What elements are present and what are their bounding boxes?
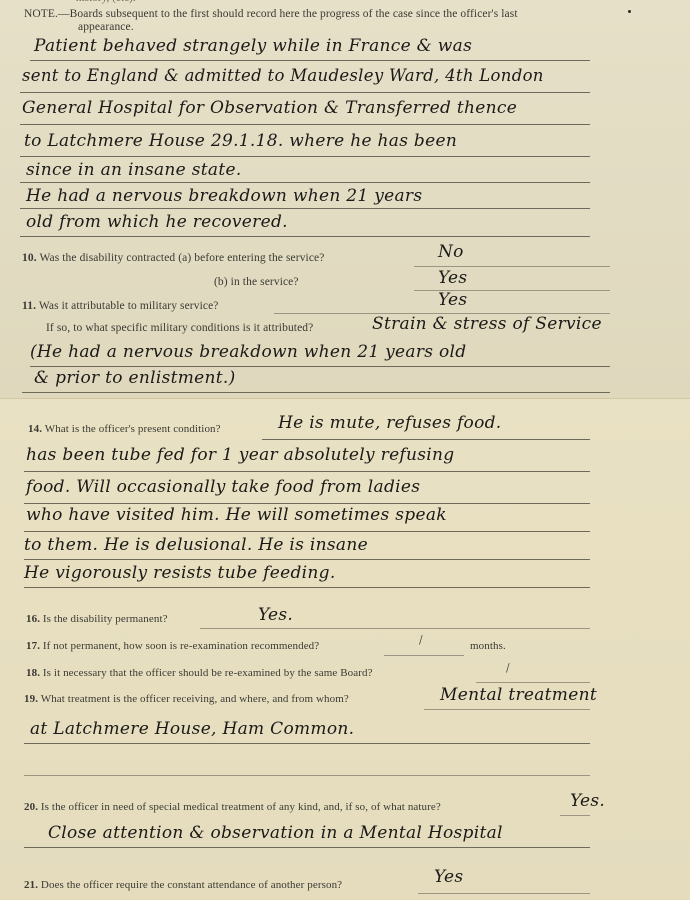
answer-rule xyxy=(20,124,590,125)
answer-10a: No xyxy=(438,242,464,262)
answer-11-continuation: & prior to enlistment.) xyxy=(34,368,236,388)
narrative-line: Patient behaved strangely while in Franc… xyxy=(34,36,472,56)
note-text-line1: —Boards subsequent to the first should r… xyxy=(58,8,518,20)
narrative-line: sent to England & admitted to Maudesley … xyxy=(22,66,544,85)
answer-14-line: He vigorously resists tube feeding. xyxy=(24,563,336,583)
answer-10b: Yes xyxy=(438,268,467,288)
question-text: Was it attributable to military service? xyxy=(39,300,219,312)
answer-rule xyxy=(20,92,590,93)
answer-rule xyxy=(414,266,610,267)
answer-rule xyxy=(424,709,590,710)
answer-rule xyxy=(384,655,464,656)
question-number: 21. xyxy=(24,879,38,891)
form-section-bottom: 14. What is the officer's present condit… xyxy=(0,398,690,900)
question-21: 21. Does the officer require the constan… xyxy=(24,879,342,891)
partial-heading: history, (etc). xyxy=(76,0,136,4)
form-section-top: history, (etc). NOTE.—Boards subsequent … xyxy=(0,0,690,398)
answer-rule xyxy=(30,366,610,367)
question-number: 17. xyxy=(26,640,40,652)
question-19: 19. What treatment is the officer receiv… xyxy=(24,693,349,705)
answer-rule xyxy=(200,628,590,629)
question-text: Is it necessary that the officer should … xyxy=(43,667,373,679)
question-number: 10. xyxy=(22,252,37,264)
answer-14-line: He is mute, refuses food. xyxy=(278,413,502,433)
narrative-line: General Hospital for Observation & Trans… xyxy=(22,98,517,118)
answer-rule xyxy=(20,236,590,237)
answer-19-line: Mental treatment xyxy=(440,685,597,705)
answer-rule xyxy=(24,847,590,848)
question-text: Is the officer in need of special medica… xyxy=(41,801,441,813)
answer-rule xyxy=(20,182,590,183)
answer-rule xyxy=(24,471,590,472)
question-10: 10. Was the disability contracted (a) be… xyxy=(22,252,324,264)
answer-11: Yes xyxy=(438,290,467,310)
answer-19-line: at Latchmere House, Ham Common. xyxy=(30,719,354,739)
question-11: 11. Was it attributable to military serv… xyxy=(22,300,219,312)
answer-14-line: who have visited him. He will sometimes … xyxy=(26,505,447,525)
answer-rule xyxy=(20,156,590,157)
answer-16: Yes. xyxy=(258,605,293,625)
question-number: 14. xyxy=(28,423,42,435)
question-number: 19. xyxy=(24,693,38,705)
narrative-line: to Latchmere House 29.1.18. where he has… xyxy=(24,131,457,151)
answer-20: Yes. xyxy=(570,791,605,811)
answer-rule xyxy=(24,503,590,504)
question-17: 17. If not permanent, how soon is re-exa… xyxy=(26,640,319,652)
answer-rule xyxy=(476,682,590,683)
answer-rule xyxy=(24,559,590,560)
ink-speck xyxy=(628,10,631,13)
question-number: 16. xyxy=(26,613,40,625)
question-text: Was the disability contracted (a) before… xyxy=(39,252,324,264)
answer-20-line2: Close attention & observation in a Menta… xyxy=(48,823,503,843)
narrative-line: old from which he recovered. xyxy=(26,212,288,232)
answer-11-followup: Strain & stress of Service xyxy=(372,314,602,334)
note-label-text: NOTE. xyxy=(24,8,58,20)
answer-18-dash: \ xyxy=(501,661,513,676)
question-number: 11. xyxy=(22,300,36,312)
months-suffix: months. xyxy=(470,640,506,652)
question-text: What is the officer's present condition? xyxy=(45,423,221,435)
question-14: 14. What is the officer's present condit… xyxy=(28,423,221,435)
question-number: 18. xyxy=(26,667,40,679)
narrative-line: He had a nervous breakdown when 21 years xyxy=(26,186,422,206)
note-label: NOTE.—Boards subsequent to the first sho… xyxy=(24,8,518,20)
question-18: 18. Is it necessary that the officer sho… xyxy=(26,667,373,679)
answer-21: Yes xyxy=(434,867,463,887)
answer-rule xyxy=(22,392,610,393)
answer-rule xyxy=(20,208,590,209)
question-16: 16. Is the disability permanent? xyxy=(26,613,168,625)
answer-14-line: food. Will occasionally take food from l… xyxy=(26,477,420,497)
question-text: Is the disability permanent? xyxy=(43,613,168,625)
note-text-line2: appearance. xyxy=(78,21,134,33)
question-20: 20. Is the officer in need of special me… xyxy=(24,801,441,813)
question-text: What treatment is the officer receiving,… xyxy=(41,693,349,705)
question-number: 20. xyxy=(24,801,38,813)
answer-rule xyxy=(560,815,590,816)
answer-rule xyxy=(30,60,590,61)
answer-rule xyxy=(262,439,590,440)
question-text: Does the officer require the constant at… xyxy=(41,879,342,891)
answer-17-dash: \ xyxy=(414,633,426,648)
narrative-line: since in an insane state. xyxy=(26,160,242,180)
answer-rule xyxy=(24,775,590,776)
answer-rule xyxy=(24,531,590,532)
question-10b: (b) in the service? xyxy=(214,276,299,288)
answer-14-line: to them. He is delusional. He is insane xyxy=(24,535,368,555)
answer-11-continuation: (He had a nervous breakdown when 21 year… xyxy=(30,342,466,362)
question-11-followup: If so, to what specific military conditi… xyxy=(46,322,313,334)
answer-rule xyxy=(24,587,590,588)
answer-rule xyxy=(418,893,590,894)
answer-14-line: has been tube fed for 1 year absolutely … xyxy=(26,445,454,465)
answer-rule xyxy=(24,743,590,744)
question-text: If not permanent, how soon is re-examina… xyxy=(43,640,319,652)
